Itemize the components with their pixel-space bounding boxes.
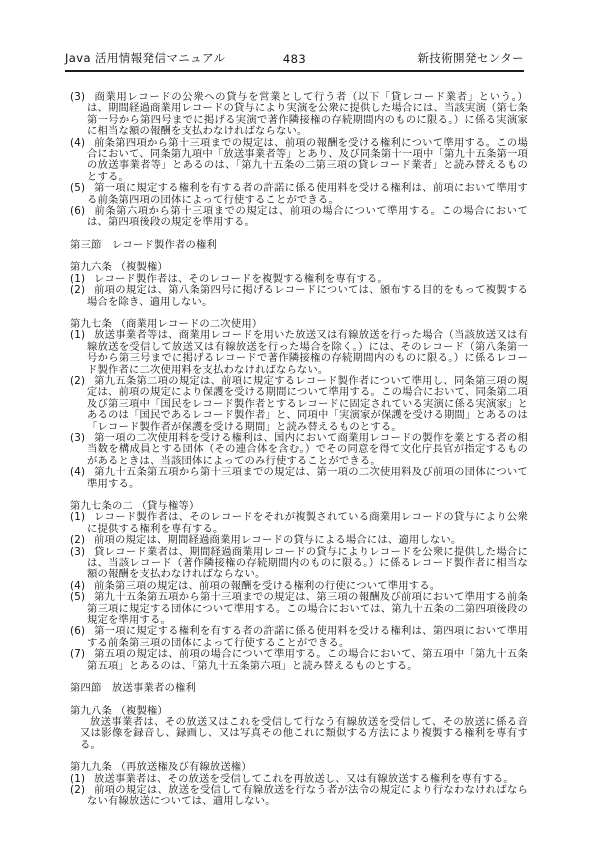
list-item: (5)第一項に規定する権利を有する者の許諾に係る使用料を受ける権利は、前項におい… <box>70 183 528 206</box>
page-number: 483 <box>283 52 306 66</box>
article: 第九七条の二 （貸与権等） (1)レコード製作者は、そのレコードをそれが複製され… <box>70 501 528 672</box>
item-text: 前項の規定は、期間経過商業用レコードの貸与による場合には、適用しない。 <box>94 534 461 546</box>
section-heading: 第四節 放送事業者の権利 <box>70 683 528 694</box>
item-text: 放送事業者は、その放送又はこれを受信して行なう有線放送を受信して、その放送に係る… <box>80 716 528 751</box>
article: 第九九条 （再放送権及び有線放送権） (1)放送事業者は、その放送を受信してこれ… <box>70 762 528 808</box>
item-text: 第一項に規定する権利を有する者の許諾に係る使用料を受ける権利は、第四項において準… <box>87 625 528 648</box>
document-body: (3)商業用レコードの公衆への貸与を営業として行う者（以下「貸レコード業者」とい… <box>70 92 528 819</box>
list-item: (2)第九五条第二項の規定は、前項に規定するレコード製作者について準用し、同条第… <box>70 376 528 433</box>
list-item: (2)前項の規定は、放送を受信して有線放送を行なう者が法令の規定により行なわなけ… <box>70 785 528 808</box>
list-item: (3)商業用レコードの公衆への貸与を営業として行う者（以下「貸レコード業者」とい… <box>70 92 528 138</box>
item-text: 放送事業者は、その放送を受信してこれを再放送し、又は有線放送する権利を専有する。 <box>94 773 514 785</box>
list-item: (4)前条第四項から第十三項までの規定は、前項の報酬を受ける権利について準用する… <box>70 138 528 184</box>
list-item: (1)放送事業者等は、商業用レコードを用いた放送又は有線放送を行った場合（当該放… <box>70 330 528 376</box>
publisher: 新技術開発センター <box>306 50 524 66</box>
list-item: (3)貸レコード業者は、期間経過商業用レコードの貸与によりレコードを公衆に提供し… <box>70 547 528 581</box>
item-text: レコード製作者は、そのレコードを複製する権利を専有する。 <box>94 273 388 285</box>
section-heading: 第三節 レコード製作者の権利 <box>70 240 528 251</box>
item-text: 前項の規定は、第八条第四号に掲げるレコードについては、頒布する目的をもって複製す… <box>87 284 528 307</box>
document-page: Java 活用情報発信マニュアル 483 新技術開発センター (3)商業用レコー… <box>0 0 595 841</box>
list-item: (2)前項の規定は、第八条第四号に掲げるレコードについては、頒布する目的をもって… <box>70 285 528 308</box>
list-item: (7)第五項の規定は、前項の場合について準用する。この場合において、第五項中「第… <box>70 649 528 672</box>
item-text: 放送事業者等は、商業用レコードを用いた放送又は有線放送を行った場合（当該放送又は… <box>87 329 528 375</box>
list-item: (4)第九十五条第五項から第十三項までの規定は、第一項の二次使用料及び前項の団体… <box>70 467 528 490</box>
list-item: (6)第一項に規定する権利を有する者の許諾に係る使用料を受ける権利は、第四項にお… <box>70 626 528 649</box>
item-text: 前条第四項から第十三項までの規定は、前項の報酬を受ける権利について準用する。この… <box>87 137 528 183</box>
item-text: 商業用レコードの公衆への貸与を営業として行う者（以下「貸レコード業者」という。）… <box>87 91 528 137</box>
item-text: 前項の規定は、放送を受信して有線放送を行なう者が法令の規定により行なわなければな… <box>87 784 528 807</box>
item-number: (2) <box>70 535 94 546</box>
item-text: 前条第六項から第十三項までの規定は、前項の場合について準用する。この場合において… <box>87 205 528 228</box>
list-item: (5)第九十五条第五項から第十三項までの規定は、第三項の報酬及び前項において準用… <box>70 592 528 626</box>
item-text: 第一項の二次使用料を受ける権利は、国内において商業用レコードの製作を業とする者の… <box>87 432 528 467</box>
article: 第九六条 （複製権） (1)レコード製作者は、そのレコードを複製する権利を専有す… <box>70 262 528 308</box>
list-item: (6)前条第六項から第十三項までの規定は、前項の場合について準用する。この場合に… <box>70 206 528 229</box>
item-text: 第九五条第二項の規定は、前項に規定するレコード製作者について準用し、同条第三項の… <box>87 375 528 433</box>
article: 第九七条 （商業用レコードの二次使用） (1)放送事業者等は、商業用レコードを用… <box>70 319 528 490</box>
article: 第九八条 （複製権） 放送事業者は、その放送又はこれを受信して行なう有線放送を受… <box>70 706 528 752</box>
item-text: 貸レコード業者は、期間経過商業用レコードの貸与によりレコードを公衆に提供した場合… <box>87 546 528 581</box>
paragraph-group: (3)商業用レコードの公衆への貸与を営業として行う者（以下「貸レコード業者」とい… <box>70 92 528 229</box>
item-text: レコード製作者は、そのレコードをそれが複製されている商業用レコードの貸与により公… <box>87 511 528 534</box>
item-text: 第九十五条第五項から第十三項までの規定は、第三項の報酬及び前項において準用する前… <box>87 591 528 626</box>
item-text: 第一項に規定する権利を有する者の許諾に係る使用料を受ける権利は、前項において準用… <box>87 182 528 205</box>
list-item: (1)レコード製作者は、そのレコードをそれが複製されている商業用レコードの貸与に… <box>70 512 528 535</box>
item-text: 第九十五条第五項から第十三項までの規定は、第一項の二次使用料及び前項の団体につい… <box>87 466 528 489</box>
item-text: 第五項の規定は、前項の場合について準用する。この場合において、第五項中「第九十五… <box>87 648 528 671</box>
manual-title: Java 活用情報発信マニュアル <box>65 50 283 66</box>
page-header: Java 活用情報発信マニュアル 483 新技術開発センター <box>65 50 524 72</box>
list-item: (3)第一項の二次使用料を受ける権利は、国内において商業用レコードの製作を業とす… <box>70 433 528 467</box>
article-paragraph: 放送事業者は、その放送又はこれを受信して行なう有線放送を受信して、その放送に係る… <box>70 717 528 751</box>
